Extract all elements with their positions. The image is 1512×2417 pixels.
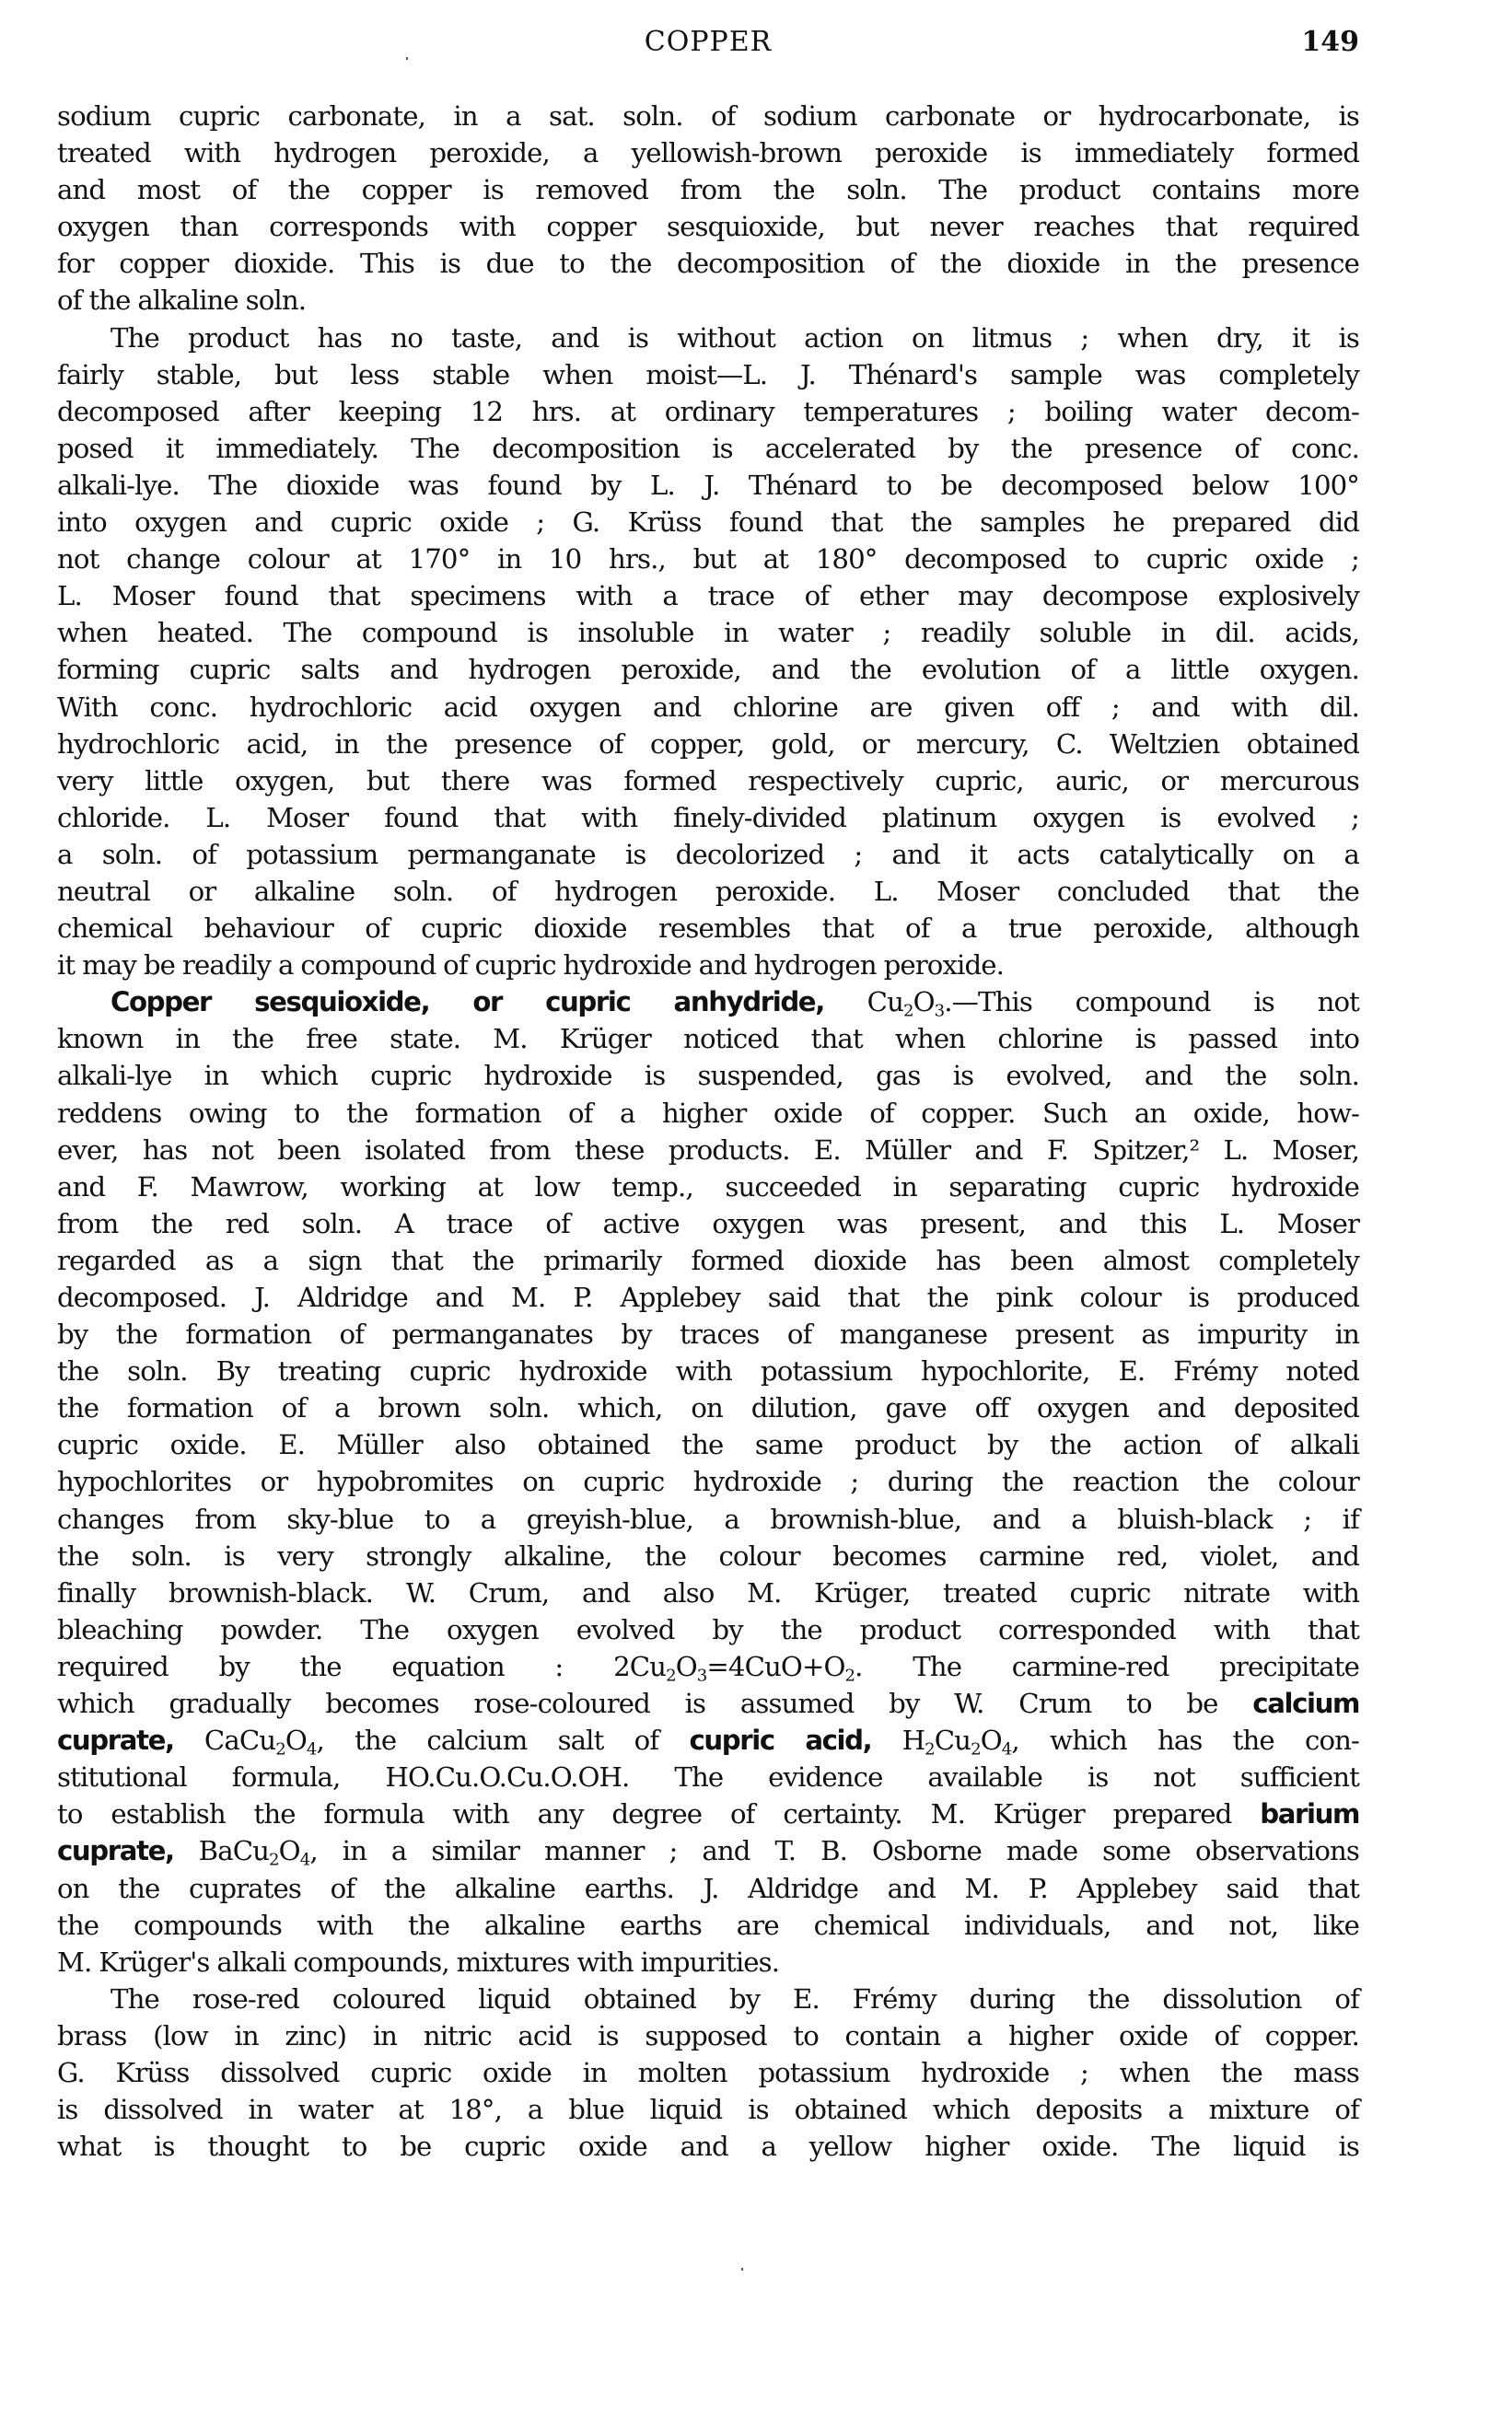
text-line: the soln. is very strongly alkaline, the… [57,1538,1359,1575]
text-line: on the cuprates of the alkaline earths. … [57,1870,1359,1907]
text-line: into oxygen and cupric oxide ; G. Krüss … [57,504,1359,540]
text-line: the formation of a brown soln. which, on… [57,1389,1359,1426]
text-line: alkali-lye in which cupric hydroxide is … [57,1057,1359,1094]
text-line: which gradually becomes rose-coloured is… [57,1685,1359,1722]
section-heading: Copper sesquioxide, or cupric anhydride, [110,986,824,1017]
paragraph-rose-red-liquid: The rose-red coloured liquid obtained by… [57,1981,1359,2165]
text-line: hydrochloric acid, in the presence of co… [57,726,1359,762]
text-line: when heated. The compound is insoluble i… [57,614,1359,651]
term-calcium-cuprate: calcium [1252,1688,1359,1719]
text-line: G. Krüss dissolved cupric oxide in molte… [57,2054,1359,2091]
text-line: is dissolved in water at 18°, a blue liq… [57,2091,1359,2128]
text-line: cuprate, BaCu2O4, in a similar manner ; … [57,1832,1359,1869]
text-line: decomposed. J. Aldridge and M. P. Appleb… [57,1279,1359,1316]
text-line: treated with hydrogen peroxide, a yellow… [57,134,1359,171]
text-line: and most of the copper is removed from t… [57,171,1359,208]
text-line: cuprate, CaCu2O4, the calcium salt of cu… [57,1722,1359,1759]
text-line: The product has no taste, and is without… [57,320,1359,356]
text-line: bleaching powder. The oxygen evolved by … [57,1611,1359,1648]
text-line: chemical behaviour of cupric dioxide res… [57,910,1359,947]
body-text: sodium cupric carbonate, in a sat. soln.… [57,98,1359,2165]
running-header: COPPER 149 [57,26,1359,66]
running-title: COPPER [57,26,1359,58]
document-page: COPPER 149 sodium cupric carbonate, in a… [0,0,1512,2417]
formula: Cu2O3 [867,986,945,1017]
print-speck [1341,2038,1343,2040]
text-line: fairly stable, but less stable when mois… [57,356,1359,393]
term-cuprate: cuprate, [57,1835,174,1866]
text-line: the soln. By treating cupric hydroxide w… [57,1353,1359,1389]
text-line: The rose-red coloured liquid obtained by… [57,1981,1359,2017]
page-number: 149 [1301,26,1359,58]
text-line: hypochlorites or hypobromites on cupric … [57,1463,1359,1500]
print-speck [741,2268,743,2271]
text-line: finally brownish-black. W. Crum, and als… [57,1575,1359,1611]
text-line: ever, has not been isolated from these p… [57,1132,1359,1168]
text-line: stitutional formula, HO.Cu.O.Cu.O.OH. Th… [57,1759,1359,1795]
text-line: chloride. L. Moser found that with finel… [57,799,1359,836]
term-cuprate: cuprate, [57,1725,174,1756]
text-line: of the alkaline soln. [57,282,1359,319]
paragraph-properties: The product has no taste, and is without… [57,320,1359,984]
term-cupric-acid: cupric acid, [689,1725,871,1756]
text-line: oxygen than corresponds with copper sesq… [57,208,1359,245]
text-line: to establish the formula with any degree… [57,1795,1359,1832]
text-line: not change colour at 170° in 10 hrs., bu… [57,540,1359,577]
text-line: L. Moser found that specimens with a tra… [57,577,1359,614]
text-line: known in the free state. M. Krüger notic… [57,1020,1359,1057]
text-line: reddens owing to the formation of a high… [57,1095,1359,1132]
text-line: neutral or alkaline soln. of hydrogen pe… [57,873,1359,910]
print-speck [406,57,408,60]
text-line: brass (low in zinc) in nitric acid is su… [57,2017,1359,2054]
section-heading-line: Copper sesquioxide, or cupric anhydride,… [57,983,1359,1020]
text-line: from the red soln. A trace of active oxy… [57,1205,1359,1242]
text-line: and F. Mawrow, working at low temp., suc… [57,1168,1359,1205]
text-line: by the formation of permanganates by tra… [57,1316,1359,1353]
text-line: M. Krüger's alkali compounds, mixtures w… [57,1944,1359,1981]
text-line: the compounds with the alkaline earths a… [57,1907,1359,1944]
text-line: decomposed after keeping 12 hrs. at ordi… [57,393,1359,430]
section-copper-sesquioxide: Copper sesquioxide, or cupric anhydride,… [57,983,1359,1981]
text-line: posed it immediately. The decomposition … [57,430,1359,467]
term-barium-cuprate: barium [1260,1798,1359,1830]
text-line: alkali-lye. The dioxide was found by L. … [57,467,1359,504]
text-line: for copper dioxide. This is due to the d… [57,245,1359,282]
text-line: a soln. of potassium permanganate is dec… [57,836,1359,873]
text-line: changes from sky-blue to a greyish-blue,… [57,1501,1359,1538]
text-line: sodium cupric carbonate, in a sat. soln.… [57,98,1359,134]
text-line: cupric oxide. E. Müller also obtained th… [57,1426,1359,1463]
equation-line: required by the equation : 2Cu2O3=4CuO+O… [57,1648,1359,1685]
text-line: very little oxygen, but there was formed… [57,762,1359,799]
text-line: what is thought to be cupric oxide and a… [57,2128,1359,2165]
text-line: it may be readily a compound of cupric h… [57,947,1359,983]
text-line: regarded as a sign that the primarily fo… [57,1242,1359,1279]
text-line: With conc. hydrochloric acid oxygen and … [57,689,1359,726]
paragraph-continuation: sodium cupric carbonate, in a sat. soln.… [57,98,1359,320]
text-line: forming cupric salts and hydrogen peroxi… [57,651,1359,688]
